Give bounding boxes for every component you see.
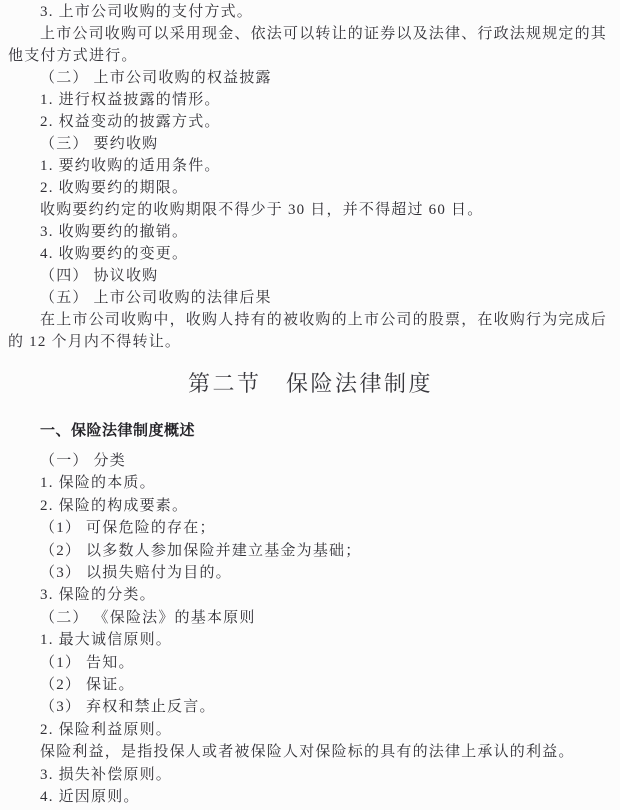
text-line: 3. 损失补偿原则。 — [8, 764, 613, 786]
text-line: 在上市公司收购中，收购人持有的被收购的上市公司的股票，在收购行为完成后 — [8, 309, 613, 331]
text-line: 4. 收购要约的变更。 — [8, 243, 613, 265]
text-line: 3. 上市公司收购的支付方式。 — [8, 1, 613, 23]
text-line: 3. 收购要约的撤销。 — [8, 221, 613, 243]
text-line: 2. 保险利益原则。 — [8, 719, 613, 741]
securities-acquisition-outline: 3. 上市公司收购的支付方式。 上市公司收购可以采用现金、依法可以转让的证券以及… — [8, 1, 613, 353]
text-line: 1. 保险的本质。 — [8, 472, 613, 494]
text-line: （一） 分类 — [8, 450, 613, 472]
text-line: 1. 要约收购的适用条件。 — [8, 155, 613, 177]
text-line: （三） 要约收购 — [8, 133, 613, 155]
text-line: （五） 上市公司收购的法律后果 — [8, 287, 613, 309]
text-line: （1） 可保危险的存在； — [8, 517, 613, 539]
text-line: （二） 上市公司收购的权益披露 — [8, 67, 613, 89]
text-line: 保险利益，是指投保人或者被保险人对保险标的具有的法律上承认的利益。 — [8, 741, 613, 763]
text-line: （3） 以损失赔付为目的。 — [8, 562, 613, 584]
text-line: 的 12 个月内不得转让。 — [8, 331, 613, 353]
section-subheading: 一、保险法律制度概述 — [8, 420, 613, 442]
text-line: 3. 保险的分类。 — [8, 584, 613, 606]
text-line: （二） 《保险法》的基本原则 — [8, 607, 613, 629]
text-line: （1） 告知。 — [8, 652, 613, 674]
text-line: 他支付方式进行。 — [8, 45, 613, 67]
text-line: 上市公司收购可以采用现金、依法可以转让的证券以及法律、行政法规规定的其 — [8, 23, 613, 45]
text-line: 2. 保险的构成要素。 — [8, 495, 613, 517]
text-line: 1. 最大诚信原则。 — [8, 629, 613, 651]
text-line: （四） 协议收购 — [8, 265, 613, 287]
text-line: （2） 保证。 — [8, 674, 613, 696]
document-page: 3. 上市公司收购的支付方式。 上市公司收购可以采用现金、依法可以转让的证券以及… — [0, 0, 620, 810]
text-line: 2. 收购要约的期限。 — [8, 177, 613, 199]
text-line: 收购要约约定的收购期限不得少于 30 日，并不得超过 60 日。 — [8, 199, 613, 221]
section-heading: 第二节 保险法律制度 — [8, 369, 613, 399]
insurance-law-outline: （一） 分类 1. 保险的本质。 2. 保险的构成要素。 （1） 可保危险的存在… — [8, 450, 613, 809]
text-line: 1. 进行权益披露的情形。 — [8, 89, 613, 111]
text-line: 4. 近因原则。 — [8, 786, 613, 808]
text-line: （3） 弃权和禁止反言。 — [8, 696, 613, 718]
text-line: （2） 以多数人参加保险并建立基金为基础； — [8, 540, 613, 562]
text-line: 2. 权益变动的披露方式。 — [8, 111, 613, 133]
